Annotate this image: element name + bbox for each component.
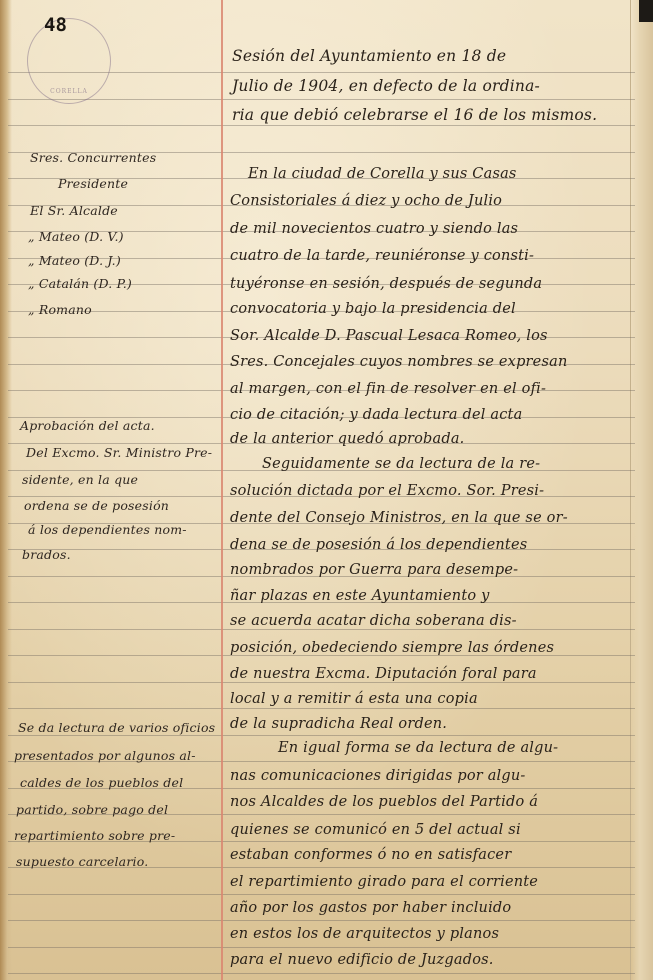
body-line: Consistoriales á diez y ocho de Julio [230, 193, 502, 209]
margin-line: „ Catalán (D. P.) [28, 276, 132, 291]
margin-line: caldes de los pueblos del [20, 775, 183, 790]
stamp-text: CORELLA [28, 88, 110, 95]
margin-line: „ Mateo (D. J.) [28, 253, 121, 268]
ruled-line [8, 682, 635, 683]
body-line: ñar plazas en este Ayuntamiento y [230, 588, 489, 604]
title-line: Julio de 1904, en defecto de la ordina- [232, 77, 540, 95]
body-line: de la anterior quedó aprobada. [230, 431, 464, 447]
ruled-line [8, 629, 635, 630]
body-line: Sres. Concejales cuyos nombres se expres… [230, 354, 567, 370]
margin-line: ordena se de posesión [24, 498, 169, 513]
body-line: dena se de posesión á los dependientes [230, 537, 527, 553]
ruled-line [8, 735, 635, 736]
page-number: 48 [44, 14, 67, 36]
margin-line: Del Excmo. Sr. Ministro Pre- [26, 445, 212, 460]
body-line: En igual forma se da lectura de algu- [278, 740, 558, 756]
title-line: Sesión del Ayuntamiento en 18 de [232, 47, 506, 65]
body-line: cuatro de la tarde, reuniéronse y consti… [230, 248, 534, 264]
body-line: tuyéronse en sesión, después de segunda [230, 276, 542, 292]
margin-rule [221, 0, 223, 980]
body-line: de la supradicha Real orden. [230, 716, 447, 732]
margin-line: „ Mateo (D. V.) [28, 229, 124, 244]
margin-line: Presidente [58, 176, 128, 191]
ruled-line [8, 920, 635, 921]
body-line: nas comunicaciones dirigidas por algu- [230, 768, 526, 784]
margin-line: supuesto carcelario. [16, 854, 148, 869]
ruled-line [8, 894, 635, 895]
ruled-line [8, 947, 635, 948]
body-line: año por los gastos por haber incluido [230, 900, 511, 916]
body-line: para el nuevo edificio de Juzgados. [230, 952, 494, 968]
archive-stamp: CORELLA [27, 18, 111, 104]
body-line: convocatoria y bajo la presidencia del [230, 301, 516, 317]
body-line: Sor. Alcalde D. Pascual Lesaca Romeo, lo… [230, 328, 548, 344]
body-line: cio de citación; y dada lectura del acta [230, 407, 522, 423]
page-edge [630, 0, 653, 980]
margin-line: á los dependientes nom- [28, 522, 187, 537]
background-corner [639, 0, 653, 22]
body-line: posición, obedeciendo siempre las órdene… [230, 640, 554, 656]
margin-line: El Sr. Alcalde [30, 203, 118, 218]
title-line: ria que debió celebrarse el 16 de los mi… [232, 106, 597, 124]
margin-line: repartimiento sobre pre- [14, 828, 175, 843]
margin-line: „ Romano [28, 302, 92, 317]
body-line: nos Alcaldes de los pueblos del Partido … [230, 794, 538, 810]
body-line: se acuerda acatar dicha soberana dis- [230, 613, 517, 629]
ledger-page: CORELLA 48 Sesión del Ayuntamiento en 18… [0, 0, 653, 980]
margin-line: presentados por algunos al- [14, 748, 196, 763]
body-line: Seguidamente se da lectura de la re- [262, 456, 540, 472]
margin-line: partido, sobre pago del [16, 802, 168, 817]
body-line: de nuestra Excma. Diputación foral para [230, 666, 537, 682]
ruled-line [8, 708, 635, 709]
body-line: el repartimiento girado para el corrient… [230, 874, 538, 890]
body-line: En la ciudad de Corella y sus Casas [248, 166, 517, 182]
ruled-line [8, 973, 635, 974]
ruled-line [8, 99, 635, 100]
body-line: en estos los de arquitectos y planos [230, 926, 499, 942]
body-line: nombrados por Guerra para desempe- [230, 562, 518, 578]
body-line: local y a remitir á esta una copia [230, 691, 478, 707]
body-line: al margen, con el fin de resolver en el … [230, 381, 546, 397]
binding-shadow [0, 0, 12, 980]
ruled-line [8, 125, 635, 126]
margin-line: Sres. Concurrentes [30, 150, 156, 165]
margin-line: Se da lectura de varios oficios [18, 720, 215, 735]
body-line: quienes se comunicó en 5 del actual si [230, 822, 521, 838]
margin-line: sidente, en la que [22, 472, 138, 487]
body-line: de mil novecientos cuatro y siendo las [230, 221, 518, 237]
body-line: dente del Consejo Ministros, en la que s… [230, 510, 568, 526]
margin-line: brados. [22, 547, 71, 562]
body-line: estaban conformes ó no en satisfacer [230, 847, 511, 863]
margin-line: Aprobación del acta. [20, 418, 155, 433]
body-line: solución dictada por el Excmo. Sor. Pres… [230, 483, 544, 499]
